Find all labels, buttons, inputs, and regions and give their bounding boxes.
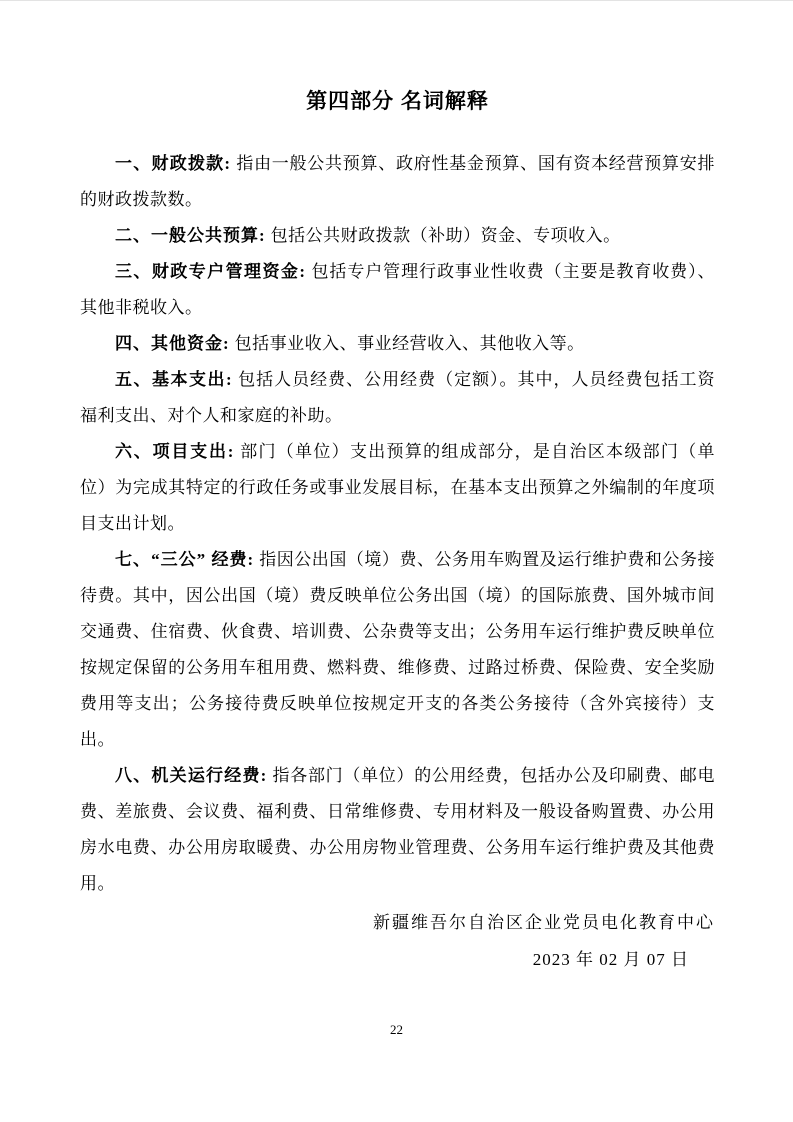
definition-paragraph-8: 八、机关运行经费:指各部门（单位）的公用经费，包括办公及印刷费、邮电费、差旅费、… xyxy=(80,758,715,902)
definition-term-2: 二、一般公共预算: xyxy=(115,226,266,245)
definition-term-4: 四、其他资金: xyxy=(115,334,230,353)
definition-term-5: 五、基本支出: xyxy=(115,370,233,389)
definition-term-6: 六、项目支出: xyxy=(115,442,234,461)
definition-text-4: 包括事业收入、事业经营收入、其他收入等。 xyxy=(235,334,585,353)
definition-term-3: 三、财政专户管理资金: xyxy=(115,262,306,281)
page-footer: 22 xyxy=(0,1021,793,1039)
definition-paragraph-2: 二、一般公共预算:包括公共财政拨款（补助）资金、专项收入。 xyxy=(80,218,715,254)
definition-paragraph-3: 三、财政专户管理资金:包括专户管理行政事业性收费（主要是教育收费）、其他非税收入… xyxy=(80,254,715,326)
page-number: 22 xyxy=(390,1022,403,1037)
definition-paragraph-5: 五、基本支出:包括人员经费、公用经费（定额）。其中，人员经费包括工资福利支出、对… xyxy=(80,362,715,434)
definition-text-7: 指因公出国（境）费、公务用车购置及运行维护费和公务接待费。其中，因公出国（境）费… xyxy=(80,550,715,749)
definition-text-2: 包括公共财政拨款（补助）资金、专项收入。 xyxy=(271,226,621,245)
definition-term-7: 七、“三公” 经费: xyxy=(115,550,254,569)
definition-term-1: 一、财政拨款: xyxy=(115,154,231,173)
definition-text-8: 指各部门（单位）的公用经费，包括办公及印刷费、邮电费、差旅费、会议费、福利费、日… xyxy=(80,766,715,893)
signature-org: 新疆维吾尔自治区企业党员电化教育中心 xyxy=(80,904,715,941)
definition-paragraph-1: 一、财政拨款:指由一般公共预算、政府性基金预算、国有资本经营预算安排的财政拨款数… xyxy=(80,146,715,218)
definition-paragraph-7: 七、“三公” 经费:指因公出国（境）费、公务用车购置及运行维护费和公务接待费。其… xyxy=(80,542,715,758)
document-page: 第四部分 名词解释 一、财政拨款:指由一般公共预算、政府性基金预算、国有资本经营… xyxy=(0,0,793,1122)
document-body: 一、财政拨款:指由一般公共预算、政府性基金预算、国有资本经营预算安排的财政拨款数… xyxy=(80,146,715,902)
signature-date: 2023 年 02 月 07 日 xyxy=(80,941,715,978)
definition-term-8: 八、机关运行经费: xyxy=(115,766,267,785)
definition-paragraph-6: 六、项目支出:部门（单位）支出预算的组成部分，是自治区本级部门（单位）为完成其特… xyxy=(80,434,715,542)
signature-block: 新疆维吾尔自治区企业党员电化教育中心 2023 年 02 月 07 日 xyxy=(80,904,715,978)
page-title: 第四部分 名词解释 xyxy=(80,88,715,116)
definition-paragraph-4: 四、其他资金:包括事业收入、事业经营收入、其他收入等。 xyxy=(80,326,715,362)
